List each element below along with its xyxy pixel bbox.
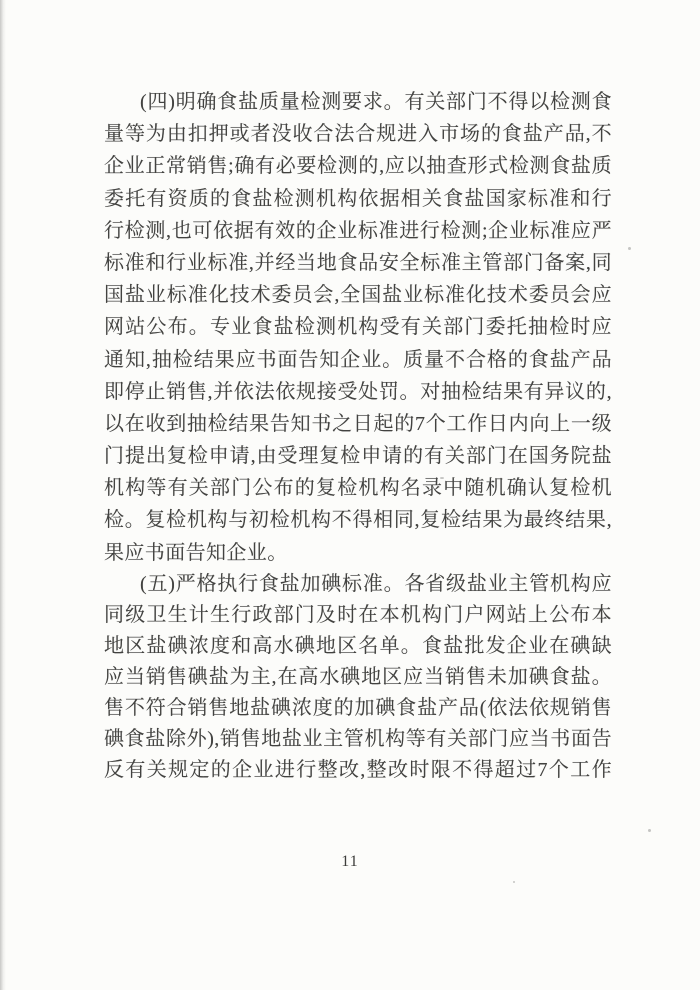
paragraph-section-4: (四)明确食盐质量检测要求。有关部门不得以检测食盐质 量等为由扣押或者没收合法合… [104,86,612,569]
text-line: 检。复检机构与初检机构不得相同,复检结果为最终结果,复检结 [104,504,612,536]
text-line: 碘食盐除外),销售地盐业主管机构等有关部门应当书面告知违 [104,724,612,755]
text-line: 反有关规定的企业进行整改,整改时限不得超过7个工作日,整改 [104,755,612,786]
text-line: 企业正常销售;确有必要检测的,应以抽查形式检测食盐质量,并 [104,150,612,182]
text-line: (四)明确食盐质量检测要求。有关部门不得以检测食盐质 [104,86,612,118]
text-line: 售不符合销售地盐碘浓度的加碘食盐产品(依法依规销售的未加 [104,693,612,724]
text-line: 国盐业标准化技术委员会,全国盐业标准化技术委员会应在相关 [104,279,612,311]
text-line: 应当销售碘盐为主,在高水碘地区应当销售未加碘食盐。禁止销 [104,662,612,693]
text-line: 量等为由扣押或者没收合法合规进入市场的食盐产品,不得影响 [104,118,612,150]
page-number: 11 [0,853,700,871]
text-line: 果应书面告知企业。 [104,537,612,569]
text-line: (五)严格执行食盐加碘标准。各省级盐业主管机构应会同 [104,569,612,600]
scan-speck [628,247,631,250]
text-line: 地区盐碘浓度和高水碘地区名单。食盐批发企业在碘缺乏病地区 [104,631,612,662]
text-line: 网站公布。专业食盐检测机构受有关部门委托抽检时应出具书面 [104,311,612,343]
text-line: 机构等有关部门公布的复检机构名录中随机确认复检机构进行复 [104,472,612,504]
scan-speck [648,829,651,832]
text-line: 通知,抽检结果应书面告知企业。质量不合格的食盐产品应当立 [104,344,612,376]
scanned-document-page: (四)明确食盐质量检测要求。有关部门不得以检测食盐质 量等为由扣押或者没收合法合… [0,0,700,990]
paragraph-section-5: (五)严格执行食盐加碘标准。各省级盐业主管机构应会同 同级卫生计生行政部门及时在… [104,569,612,786]
scan-speck [513,881,515,883]
text-line: 即停止销售,并依法依规接受处罚。对抽检结果有异议的,企业可 [104,376,612,408]
text-line: 同级卫生计生行政部门及时在本机构门户网站上公布本辖区内各 [104,600,612,631]
scan-edge-artifact [0,0,6,990]
text-line: 行检测,也可依据有效的企业标准进行检测;企业标准应严于国家 [104,215,612,247]
scan-speck [440,477,444,479]
text-block: (四)明确食盐质量检测要求。有关部门不得以检测食盐质 量等为由扣押或者没收合法合… [104,86,612,786]
text-line: 以在收到抽检结果告知书之日起的7个工作日内向上一级有关部 [104,408,612,440]
text-line: 标准和行业标准,并经当地食品安全标准主管部门备案,同时报全 [104,247,612,279]
text-line: 委托有资质的食盐检测机构依据相关食盐国家标准和行业标准进 [104,183,612,215]
text-line: 门提出复检申请,由受理复检申请的有关部门在国务院盐业主管 [104,440,612,472]
